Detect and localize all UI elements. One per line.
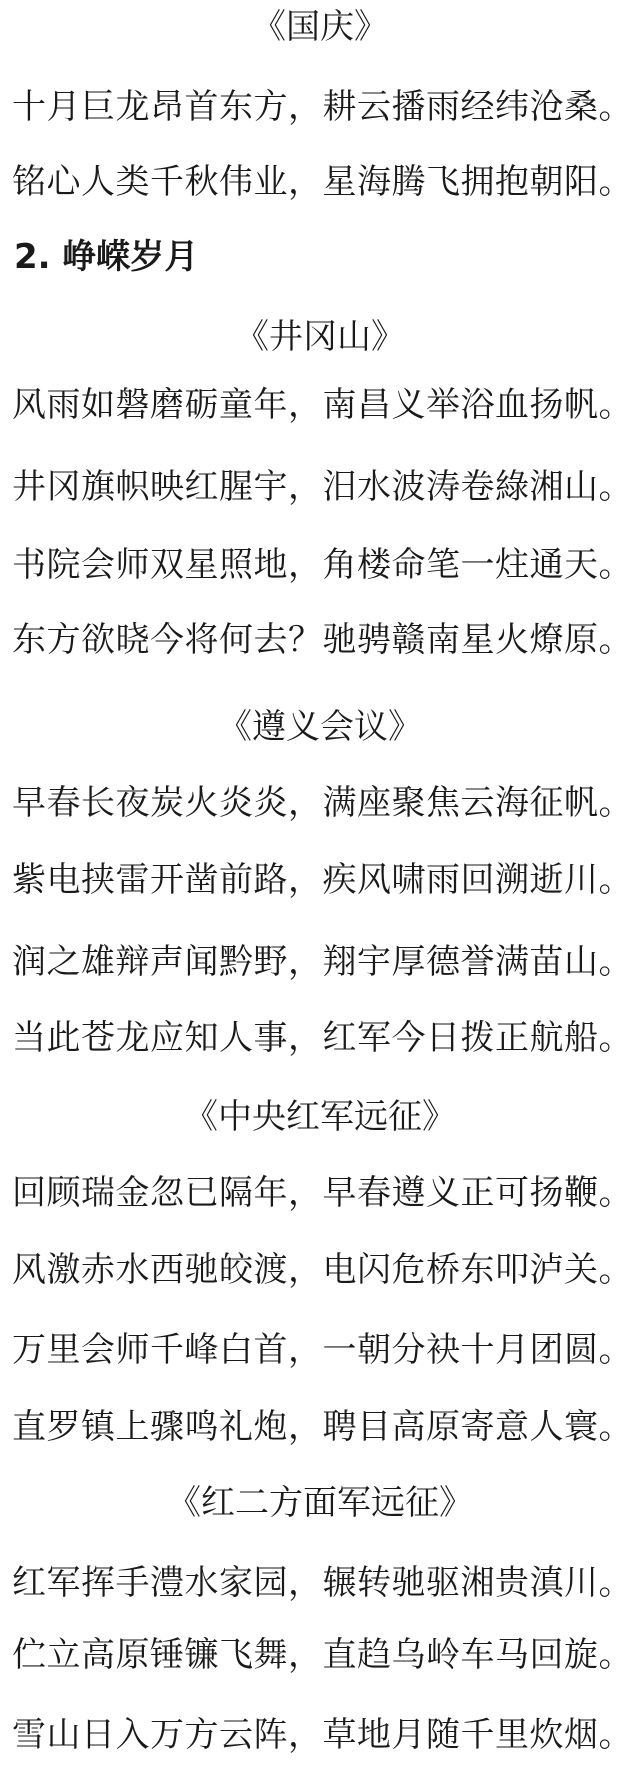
poem-line: 伫立高原锤镰飞舞，直趋乌岭车马回旋。 <box>12 1630 632 1680</box>
poem-line: 铭心人类千秋伟业，星海腾飞拥抱朝阳。 <box>12 157 632 207</box>
poem-title-zunyi: 《遵义会议》 <box>0 702 640 752</box>
poem-title-zhongyang: 《中央红军远征》 <box>0 1092 640 1142</box>
poem-title-honger: 《红二方面军远征》 <box>0 1478 640 1528</box>
poem-line: 东方欲晓今将何去？驰骋赣南星火燎原。 <box>12 615 632 665</box>
poem-title-guoqing: 《国庆》 <box>0 2 640 52</box>
poem-line: 风雨如磐磨砺童年，南昌义举浴血扬帆。 <box>12 380 632 430</box>
poem-line: 十月巨龙昂首东方，耕云播雨经纬沧桑。 <box>12 82 632 132</box>
poem-line: 书院会师双星照地，角楼命笔一炷通天。 <box>12 540 632 590</box>
section-heading: 2. 峥嵘岁月 <box>14 232 198 282</box>
poem-line: 当此苍龙应知人事，红军今日拨正航船。 <box>12 1013 632 1063</box>
poem-line: 回顾瑞金忽已隔年，早春遵义正可扬鞭。 <box>12 1168 632 1218</box>
poem-line: 润之雄辩声闻黔野，翔宇厚德誉满苗山。 <box>12 937 632 987</box>
poem-line: 直罗镇上骤鸣礼炮，聘目高原寄意人寰。 <box>12 1402 632 1452</box>
poem-line: 紫电挟雷开凿前路，疾风啸雨回溯逝川。 <box>12 855 632 905</box>
poem-line: 雪山日入万方云阵，草地月随千里炊烟。 <box>12 1710 632 1760</box>
poem-line: 万里会师千峰白首，一朝分袂十月团圆。 <box>12 1325 632 1375</box>
poem-title-jinggangshan: 《井冈山》 <box>0 312 640 362</box>
poem-line: 井冈旗帜映红腥宇，汨水波涛卷綠湘山。 <box>12 462 632 512</box>
poem-line: 风激赤水西驰皎渡，电闪危桥东叩泸关。 <box>12 1245 632 1295</box>
poem-line: 早春长夜炭火炎炎，满座聚焦云海征帆。 <box>12 778 632 828</box>
poem-line: 红军挥手澧水家园，辗转驰驱湘贵滇川。 <box>12 1558 632 1608</box>
